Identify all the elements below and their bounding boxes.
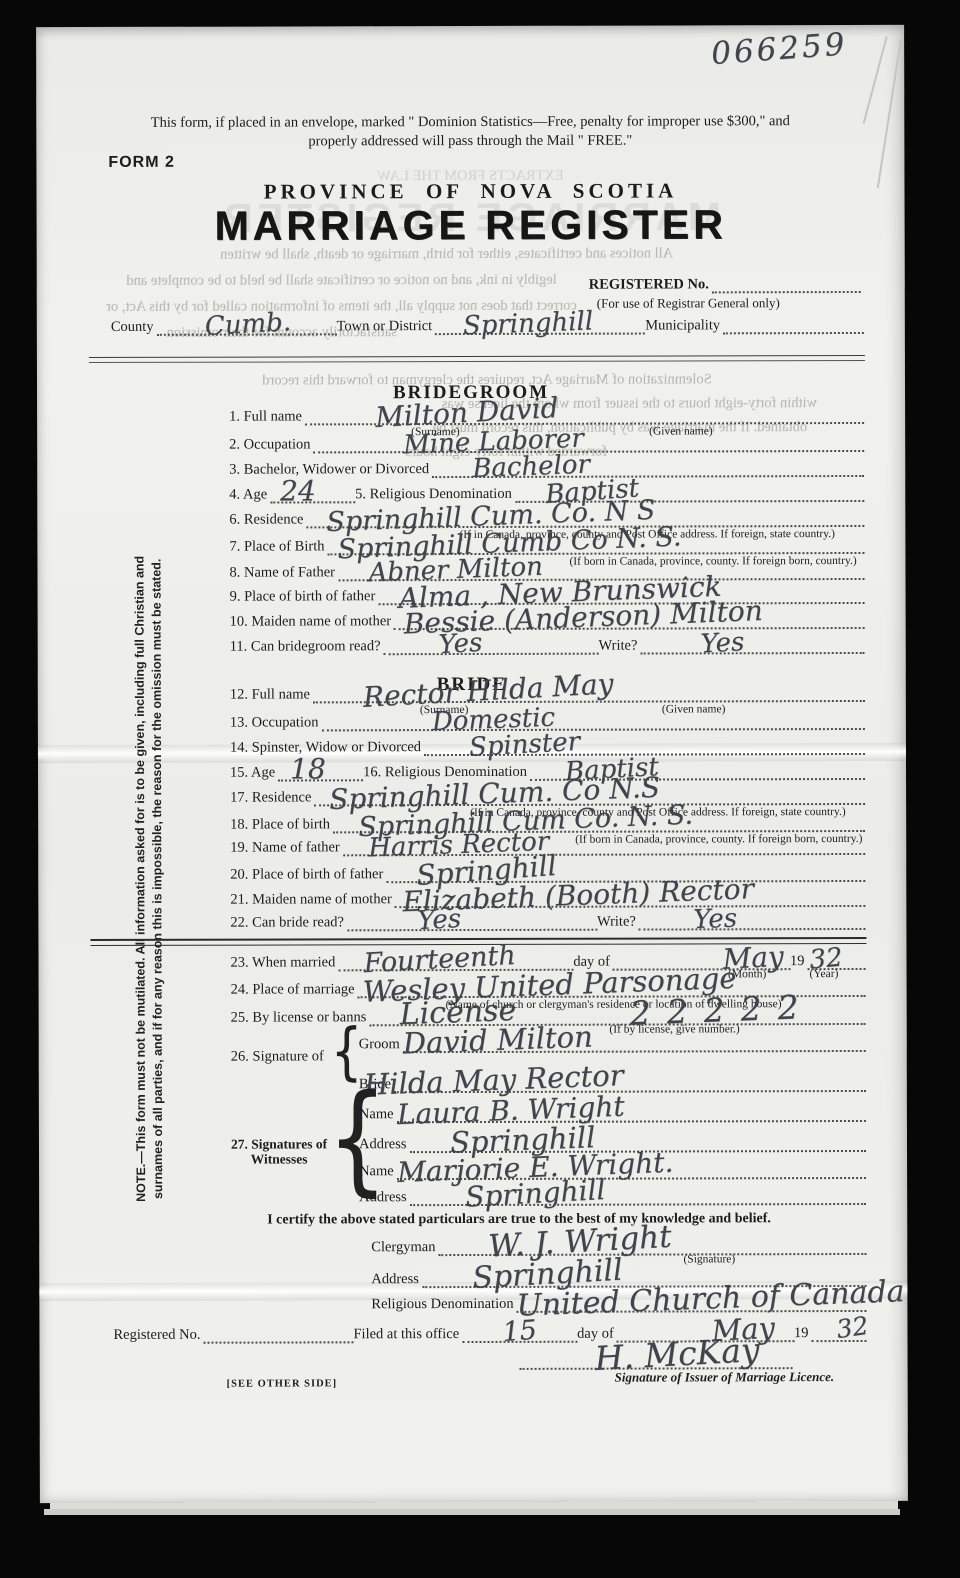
field-label: 12. Full name	[230, 686, 313, 703]
town-district-label: Town or District	[337, 318, 436, 335]
field-label: 7. Place of Birth	[229, 538, 327, 555]
county-label: County	[111, 319, 157, 336]
name-label: Name	[359, 1163, 397, 1180]
name-label: Name	[359, 1106, 397, 1123]
dotted-line: Laura B. Wright	[396, 1096, 865, 1123]
municipality-label: Municipality	[645, 317, 723, 334]
field-label: 13. Occupation	[230, 714, 322, 731]
dotted-line: Rector Hilda May	[313, 676, 865, 703]
registration-stamp-number: 066259	[710, 26, 849, 72]
field-label: 4. Age	[229, 487, 270, 504]
certification-statement: I certify the above stated particulars a…	[267, 1211, 771, 1228]
witness-address: Springhill	[464, 1173, 606, 1214]
field-row-bride-read-write: 22. Can bride read? Yes Write? Yes	[230, 906, 865, 932]
dotted-line: Yes	[384, 629, 599, 656]
signature-of-label: 26. Signature of	[231, 1048, 327, 1065]
dotted-line: License 22222 (If by license, give numbe…	[369, 999, 865, 1026]
sheet-edge	[44, 1509, 900, 1515]
dotted-line: 32 (Year)	[807, 944, 865, 970]
field-label: 2. Occupation	[229, 436, 313, 453]
dotted-line: Hilda May Rector	[394, 1066, 866, 1093]
year-prefix: 19	[790, 953, 808, 970]
dotted-line	[203, 1317, 353, 1343]
dotted-line: Bessie (Anderson) Milton	[394, 603, 865, 630]
dotted-line: Marjorie E. Wright.	[397, 1153, 866, 1180]
denomination-label: Religious Denomination	[371, 1296, 516, 1313]
margin-note-line2: surnames of all parties, and if for any …	[148, 553, 167, 1205]
field-row-denomination: Religious Denomination United Church of …	[371, 1288, 866, 1313]
dotted-line: W. J. Wright (Signature)	[438, 1229, 866, 1256]
field-row-witness2-address: Address Springhill	[359, 1181, 866, 1206]
dotted-line: United Church of Canada	[517, 1286, 867, 1313]
field-label: Write?	[599, 638, 641, 655]
see-other-side-note: [SEE OTHER SIDE]	[227, 1378, 338, 1389]
dotted-line: Springhill Cum. Co N.S	[314, 779, 865, 806]
field-label: 14. Spinster, Widow or Divorced	[230, 739, 424, 757]
field-label: 10. Maiden name of mother	[230, 613, 395, 630]
field-row-bride-fullname: 12. Full name Rector Hilda May (Surname)…	[230, 678, 865, 704]
field-label: 17. Residence	[230, 789, 314, 806]
margin-note-line1: NOTE.—This form must not be mutilated. A…	[131, 553, 150, 1205]
field-label: 9. Place of birth of father	[230, 588, 379, 605]
field-row-groom-signature: Groom David Milton	[359, 1028, 866, 1053]
witnesses-label: 27. Signatures of Witnesses	[231, 1136, 327, 1166]
field-label: 11. Can bridegroom read?	[230, 638, 384, 655]
registered-no-footer-label: Registered No.	[113, 1327, 203, 1344]
dotted-line: Harris Rector	[343, 829, 866, 856]
dotted-line: Yes	[639, 904, 866, 931]
groom-label: Groom	[359, 1036, 403, 1053]
dotted-line: 32	[811, 1316, 866, 1342]
dotted-line: 24	[270, 477, 355, 503]
dotted-line	[723, 308, 864, 334]
field-row-groom-status: 3. Bachelor, Widower or Divorced Bachelo…	[229, 453, 864, 479]
witnesses-label-line1: 27. Signatures of	[231, 1136, 327, 1151]
field-label: 24. Place of marriage	[231, 981, 358, 998]
field-label: 6. Residence	[229, 511, 306, 528]
form-number-label: FORM 2	[108, 154, 175, 172]
bleed-through-text: legibly in ink, and no notice or certifi…	[57, 272, 557, 290]
field-label: 22. Can bride read?	[230, 914, 347, 931]
field-label: Write?	[597, 914, 639, 931]
dotted-line: Cumb.	[157, 309, 337, 335]
field-label: 18. Place of birth	[230, 816, 333, 833]
dotted-line: Springhill Cumb Co N. S.	[327, 528, 864, 555]
page-title: MARRIAGE REGISTER	[37, 201, 905, 250]
handwritten-value: Yes	[700, 627, 745, 659]
county-value: Cumb.	[204, 307, 292, 342]
field-label: 20. Place of birth of father	[230, 866, 386, 883]
field-row-witness2-name: Name Marjorie E. Wright.	[359, 1155, 866, 1180]
town-district-value: Springhill	[463, 306, 594, 341]
dotted-line: David Milton	[403, 1026, 866, 1053]
field-row-groom-occupation: 2. Occupation Mine Laborer	[229, 428, 864, 454]
county-row: County Cumb. Town or District Springhill…	[111, 310, 864, 336]
field-row-groom-read-write: 11. Can bridegroom read? Yes Write? Yes	[230, 630, 865, 656]
dotted-line: 18	[278, 755, 363, 781]
field-row-groom-fullname: 1. Full name Milton David (Surname) (Giv…	[229, 400, 864, 426]
dotted-line: Milton David	[305, 398, 864, 425]
field-row-issuer-signature: H. McKay Signature of Issuer of Marriage…	[520, 1345, 793, 1370]
dotted-line	[712, 269, 861, 293]
registered-no-label: REGISTERED No.	[589, 276, 712, 293]
margin-note: NOTE.—This form must not be mutilated. A…	[131, 553, 167, 1205]
handwritten-value: Yes	[693, 904, 738, 936]
field-row-groom-residence: 6. Residence Springhill Cum. Co. N S (If…	[229, 503, 864, 529]
registered-no-row: REGISTERED No.	[589, 271, 861, 294]
page-curl-line	[863, 36, 888, 124]
handwritten-value: Yes	[416, 904, 461, 936]
field-row-groom-birthplace: 7. Place of Birth Springhill Cumb Co N. …	[229, 530, 864, 556]
address-label: Address	[359, 1136, 410, 1153]
field-row-groom-mother: 10. Maiden name of mother Bessie (Anders…	[230, 605, 865, 631]
field-label: 15. Age	[230, 765, 278, 782]
field-label: 19. Name of father	[230, 839, 343, 856]
dotted-line: Bachelor	[432, 451, 864, 478]
mail-notice-line1: This form, if placed in an envelope, mar…	[36, 113, 904, 132]
address-label: Address	[359, 1189, 410, 1206]
dotted-line: Springhill	[410, 1179, 867, 1206]
issuer-hint: Signature of Issuer of Marriage Licence.	[615, 1369, 835, 1386]
year-prefix: 19	[794, 1325, 812, 1342]
field-label: 1. Full name	[229, 408, 305, 425]
dotted-line: Yes	[347, 905, 597, 932]
dotted-line: H. McKay Signature of Issuer of Marriage…	[520, 1343, 793, 1370]
form-page: EXTRACTS FROM THE LAW MARRIAGE REGISTER …	[36, 25, 908, 1503]
address-label: Address	[371, 1271, 422, 1288]
mail-notice-line2: properly addressed will pass through the…	[36, 132, 904, 151]
dotted-line: Yes	[640, 628, 864, 655]
field-label: 3. Bachelor, Widower or Divorced	[229, 461, 432, 479]
groom-signature: David Milton	[402, 1019, 593, 1060]
field-row-witness1-name: Name Laura B. Wright	[359, 1098, 866, 1123]
dotted-line: Springhill	[435, 309, 645, 336]
filed-label: Filed at this office	[353, 1326, 462, 1343]
field-row-bride-residence: 17. Residence Springhill Cum. Co N.S (If…	[230, 781, 865, 807]
handwritten-value: Yes	[438, 628, 483, 660]
field-label: 23. When married	[230, 954, 338, 971]
witnesses-label-line2: Witnesses	[231, 1151, 327, 1166]
scanned-document: EXTRACTS FROM THE LAW MARRIAGE REGISTER …	[0, 0, 960, 1578]
dotted-line: Domestic	[321, 704, 864, 731]
filed-year: 32	[835, 1311, 871, 1344]
header-divider	[89, 355, 865, 363]
clergyman-label: Clergyman	[371, 1239, 438, 1256]
field-label: 8. Name of Father	[229, 564, 338, 581]
dotted-line: 15	[462, 1317, 577, 1343]
